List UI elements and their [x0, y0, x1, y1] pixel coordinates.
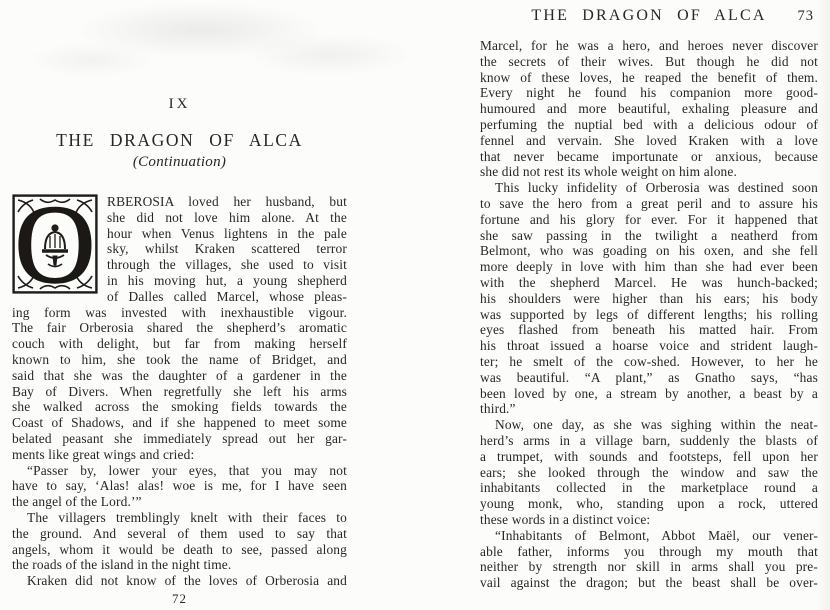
page-number: 73: [798, 8, 815, 25]
text-line: his shoulders were higher than his ears;…: [480, 291, 818, 307]
text-line: she walked across the smoking fields tow…: [12, 399, 347, 415]
book-spread: IX THE DRAGON OF ALCA (Continuation): [0, 0, 830, 610]
text-line: “Inhabitants of Belmont, Abbot Maël, our…: [480, 528, 818, 544]
text-line: been loved by one, a stream by another, …: [480, 386, 818, 402]
text-line: that never became importunate or anxious…: [480, 149, 818, 165]
text-line: able father, informs you through my mout…: [480, 544, 818, 560]
text-line: neither by strength nor skill in arms sh…: [480, 559, 818, 575]
text-line: The fair Orberosia shared the shepherd’s…: [12, 320, 347, 336]
text-line: inhabitants collected in the marketplace…: [480, 480, 818, 496]
text-line: herd’s arms in a village barn, suddenly …: [480, 433, 818, 449]
text-line: was beautiful. “A plant,” as Gnatho says…: [480, 370, 818, 386]
text-line: hour when Venus lightens in the pale: [107, 226, 347, 242]
text-line: with the shepherd Marcel. He was hunch-b…: [480, 275, 818, 291]
text-line: Coast of Shadows, and if she happened to…: [12, 415, 347, 431]
drop-cap-ornament: O: [12, 194, 98, 294]
text-line: she saw passing in the twilight a neathe…: [480, 228, 818, 244]
text-line: sky, whilst Kraken scattered terror: [107, 241, 347, 257]
text-line: these words in a distinct voice:: [480, 512, 818, 528]
text-line: his throat issued a hoarse voice and str…: [480, 338, 818, 354]
text-line: ter; he smelt of the cow-shed. However, …: [480, 354, 818, 370]
text-line: perfuming the nuptial bed with a delicio…: [480, 117, 818, 133]
text-line: fennel and vervain. She loved Kraken wit…: [480, 133, 818, 149]
chapter-title: THE DRAGON OF ALCA: [12, 130, 347, 151]
paragraph: The villagers tremblingly knelt with the…: [12, 510, 347, 573]
paragraph: Kraken did not know of the loves of Orbe…: [12, 573, 347, 589]
text-line: Belmont, who was goading on his oxen, an…: [480, 243, 818, 259]
page-number: 72: [12, 591, 347, 607]
text-line: ing form was invested with inexhaustible…: [12, 305, 347, 321]
text-line: in his moving hut, a young shepherd: [107, 273, 347, 289]
text-line: RBEROSIA loved her husband, but: [107, 194, 347, 210]
text-line: a trumpet, with sounds and footsteps, fe…: [480, 449, 818, 465]
opening-paragraph-row: O RBEROSIA loved her husband: [12, 194, 347, 305]
text-line: said that she was the daughter of a gard…: [12, 368, 347, 384]
text-line: known to him, she took the name of Bridg…: [12, 352, 347, 368]
text-line: more deeply in love with him than she ha…: [480, 259, 818, 275]
text-line: humoured and more beautiful, exhaling pl…: [480, 101, 818, 117]
text-line: Bay of Divers. When regretfully she left…: [12, 384, 347, 400]
text-line: Kraken did not know of the loves of Orbe…: [12, 573, 347, 589]
text-line: the ground. And several of them used to …: [12, 526, 347, 542]
text-line: the roads of the island in the night tim…: [12, 557, 347, 573]
text-line: angels, whom it would be death to see, p…: [12, 542, 347, 558]
text-line: Now, one day, as she was sighing within …: [480, 417, 818, 433]
text-line: “Passer by, lower your eyes, that you ma…: [12, 463, 347, 479]
text-line: young monk, who, standing upon a rock, u…: [480, 496, 818, 512]
text-line: Marcel, for he was a hero, and heroes ne…: [480, 38, 818, 54]
left-page-body: O RBEROSIA loved her husband: [12, 194, 347, 589]
text-line: ears; she looked through the window and …: [480, 465, 818, 481]
paragraph: This lucky infidelity of Orberosia was d…: [480, 180, 818, 417]
text-line: she did not love him alone. At the: [107, 210, 347, 226]
paragraph: Now, one day, as she was sighing within …: [480, 417, 818, 528]
text-line: eyes flashed from beneath his matted hai…: [480, 322, 818, 338]
paragraph: Marcel, for he was a hero, and heroes ne…: [480, 38, 818, 180]
text-line: was supported by legs of different lengt…: [480, 307, 818, 323]
running-header-row: THE DRAGON OF ALCA 73: [480, 7, 818, 27]
paragraph: “Inhabitants of Belmont, Abbot Maël, our…: [480, 528, 818, 591]
running-header: THE DRAGON OF ALCA: [480, 7, 818, 25]
text-line: third.”: [480, 401, 818, 417]
text-line: know of these loves, he reaped the benef…: [480, 70, 818, 86]
chapter-number: IX: [12, 96, 347, 113]
text-line: Every night he found his companion more …: [480, 85, 818, 101]
paragraph: ing form was invested with inexhaustible…: [12, 305, 347, 463]
text-line: The villagers tremblingly knelt with the…: [12, 510, 347, 526]
text-line: vail against the dragon; but the beast s…: [480, 575, 818, 591]
text-line: ments like great wings and cried:: [12, 447, 347, 463]
text-line: This lucky infidelity of Orberosia was d…: [480, 180, 818, 196]
text-line: the secrets of their wives. But though h…: [480, 54, 818, 70]
right-page: THE DRAGON OF ALCA 73 Marcel, for he was…: [480, 0, 818, 610]
text-line: belated peasant she immediately spread o…: [12, 431, 347, 447]
text-line: the angel of the Lord.’”: [12, 494, 347, 510]
text-line: of Dalles called Marcel, whose pleas-: [107, 289, 347, 305]
text-line: through the villages, she used to visit: [107, 257, 347, 273]
text-line: have to say, ‘Alas! alas! woe is me, for…: [12, 478, 347, 494]
paragraph: RBEROSIA loved her husband, butshe did n…: [107, 194, 347, 305]
text-line: fortune and his glory for ever. For it h…: [480, 212, 818, 228]
right-page-body: Marcel, for he was a hero, and heroes ne…: [480, 38, 818, 591]
chapter-subtitle: (Continuation): [12, 154, 347, 171]
text-line: to save the hero from a great peril and …: [480, 196, 818, 212]
paragraph: “Passer by, lower your eyes, that you ma…: [12, 463, 347, 510]
left-page: IX THE DRAGON OF ALCA (Continuation): [12, 0, 347, 610]
text-line: she did not rest its whole weight on him…: [480, 164, 818, 180]
text-line: couch with delight, but far from making …: [12, 336, 347, 352]
